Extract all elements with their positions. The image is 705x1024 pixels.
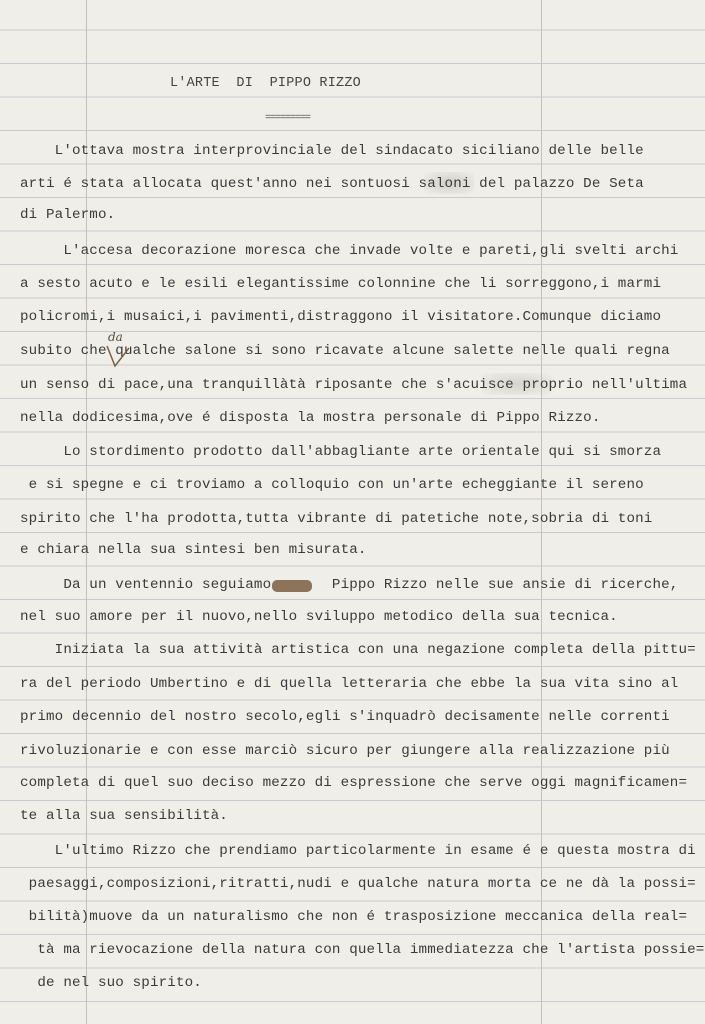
title-underline: =========: [265, 113, 310, 124]
text-line: spirito che l'ha prodotta,tutta vibrante…: [20, 511, 652, 527]
typewritten-page: L'ARTE DI PIPPO RIZZO ========= L'ottava…: [0, 0, 705, 1024]
text-line: rivoluzionarie e con esse marciò sicuro …: [20, 743, 670, 759]
text-line: completa di quel suo deciso mezzo di esp…: [20, 775, 687, 791]
strikeout-blot: [272, 580, 312, 592]
text-line: policromi,i musaici,i pavimenti,distragg…: [20, 309, 661, 325]
text-line: bilità)muove da un naturalismo che non é…: [20, 909, 687, 925]
text-line: di Palermo.: [20, 207, 115, 223]
text-line: Iniziata la sua attività artistica con u…: [20, 642, 696, 658]
text-line: nel suo amore per il nuovo,nello svilupp…: [20, 609, 618, 625]
text-line: a sesto acuto e le esili elegantissime c…: [20, 276, 661, 292]
text-line: e si spegne e ci troviamo a colloquio co…: [20, 477, 644, 493]
text-line: e chiara nella sua sintesi ben misurata.: [20, 542, 367, 558]
text-line: te alla sua sensibilità.: [20, 808, 228, 824]
text-line: nella dodicesima,ove é disposta la mostr…: [20, 410, 600, 426]
text-line: primo decennio del nostro secolo,egli s'…: [20, 709, 670, 725]
insertion-caret-icon: [103, 340, 133, 370]
text-line: arti é stata allocata quest'anno nei son…: [20, 176, 644, 192]
text-line: L'ultimo Rizzo che prendiamo particolarm…: [20, 843, 696, 859]
text-line: tà ma rievocazione della natura con quel…: [20, 942, 704, 958]
text-line: Da un ventennio seguiamo Pippo Rizzo nel…: [20, 577, 678, 593]
text-line: paesaggi,composizioni,ritratti,nudi e qu…: [20, 876, 696, 892]
text-line: un senso di pace,una tranquillàtà riposa…: [20, 377, 687, 393]
text-line: Lo stordimento prodotto dall'abbagliante…: [20, 444, 661, 460]
document-title: L'ARTE DI PIPPO RIZZO: [170, 76, 361, 91]
text-line: L'accesa decorazione moresca che invade …: [20, 243, 678, 259]
text-line: ra del periodo Umbertino e di quella let…: [20, 676, 678, 692]
text-line: de nel suo spirito.: [20, 975, 202, 991]
text-line: L'ottava mostra interprovinciale del sin…: [20, 143, 644, 159]
